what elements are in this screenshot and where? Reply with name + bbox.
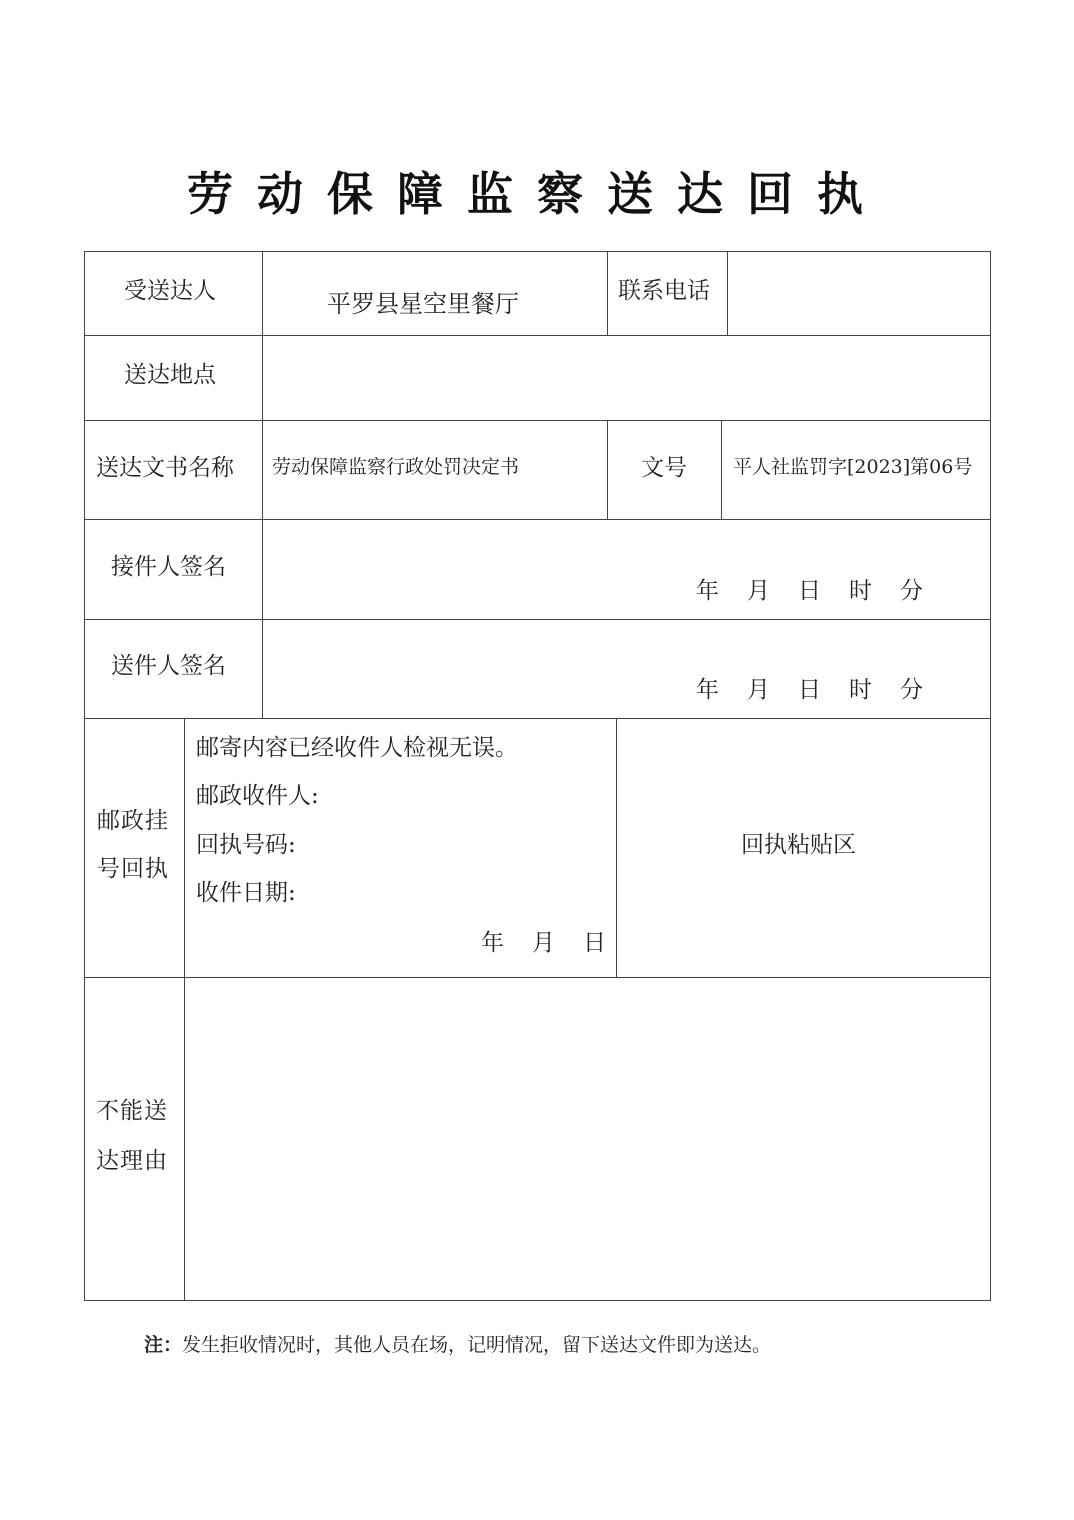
postal-receipt-number-line: 回执号码: xyxy=(196,826,296,859)
col-divider xyxy=(184,718,185,1300)
col-divider xyxy=(607,420,608,519)
receipt-paste-area: 回执粘贴区 xyxy=(741,826,856,859)
row-divider xyxy=(84,977,991,978)
postal-label-line1: 邮政挂 xyxy=(97,802,169,835)
postal-check-line: 邮寄内容已经收件人检视无误。 xyxy=(196,729,518,762)
doc-number-value[interactable]: 平人社监罚字[2023]第06号 xyxy=(733,452,972,479)
postal-recipient-line: 邮政收件人: xyxy=(196,777,319,810)
hour-unit: 时 xyxy=(849,671,900,704)
footnote: 注：发生拒收情况时，其他人员在场，记明情况，留下送达文件即为送达。 xyxy=(144,1330,771,1357)
col-divider xyxy=(727,251,728,335)
postal-receive-date-line: 收件日期: xyxy=(196,874,296,907)
doc-name-value[interactable]: 劳动保障监察行政处罚决定书 xyxy=(272,452,519,479)
doc-name-label: 送达文书名称 xyxy=(96,449,234,482)
sender-sign-datetime: 年月日时分 xyxy=(696,671,951,704)
receiver-sign-label: 接件人签名 xyxy=(111,548,226,581)
col-divider xyxy=(721,420,722,519)
table-border-top xyxy=(84,251,991,252)
table-border-bottom xyxy=(84,1300,991,1301)
row-divider xyxy=(84,619,991,620)
address-label: 送达地点 xyxy=(124,356,216,389)
month-unit: 月 xyxy=(747,671,798,704)
receiver-sign-datetime: 年月日时分 xyxy=(696,572,951,605)
phone-value[interactable] xyxy=(740,272,980,322)
postal-label-line2: 号回执 xyxy=(97,850,169,883)
day-unit: 日 xyxy=(583,924,606,957)
hour-unit: 时 xyxy=(849,572,900,605)
year-unit: 年 xyxy=(696,572,747,605)
undeliverable-label-line2: 达理由 xyxy=(96,1142,168,1175)
doc-number-label: 文号 xyxy=(641,449,687,482)
document-title: 劳动保障监察送达回执 xyxy=(0,158,1074,224)
undeliverable-label-line1: 不能送 xyxy=(96,1092,168,1125)
month-unit: 月 xyxy=(532,924,583,957)
minute-unit: 分 xyxy=(900,671,951,704)
recipient-value[interactable]: 平罗县星空里餐厅 xyxy=(327,284,519,319)
recipient-label: 受送达人 xyxy=(124,272,216,305)
phone-label: 联系电话 xyxy=(618,272,710,305)
day-unit: 日 xyxy=(798,572,849,605)
sender-sign-label: 送件人签名 xyxy=(111,647,226,680)
col-divider xyxy=(616,718,617,977)
row-divider xyxy=(84,420,991,421)
footnote-text: 发生拒收情况时，其他人员在场，记明情况，留下送达文件即为送达。 xyxy=(182,1334,771,1356)
row-divider xyxy=(84,519,991,520)
postal-date: 年月日 xyxy=(481,924,606,957)
address-value[interactable] xyxy=(270,345,980,411)
undeliverable-reason-value[interactable] xyxy=(195,990,980,1290)
minute-unit: 分 xyxy=(900,572,951,605)
col-divider xyxy=(262,251,263,718)
row-divider xyxy=(84,718,991,719)
month-unit: 月 xyxy=(747,572,798,605)
table-border-right xyxy=(990,251,991,1301)
table-border-left xyxy=(84,251,85,1301)
row-divider xyxy=(84,335,991,336)
col-divider xyxy=(607,251,608,335)
year-unit: 年 xyxy=(696,671,747,704)
footnote-prefix: 注： xyxy=(144,1334,182,1356)
year-unit: 年 xyxy=(481,924,532,957)
day-unit: 日 xyxy=(798,671,849,704)
